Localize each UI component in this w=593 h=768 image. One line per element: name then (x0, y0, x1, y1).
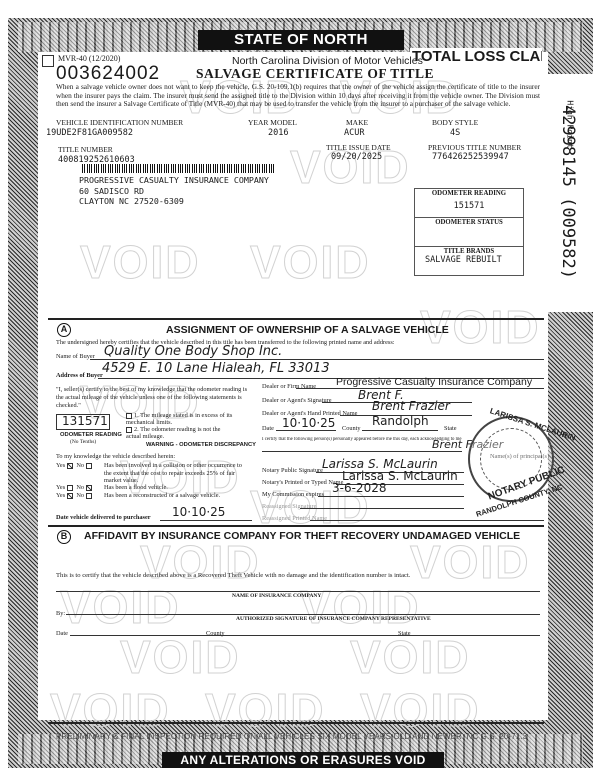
odometer-entry-sublabel: (No Tenths) (70, 439, 96, 445)
date-label: Date (262, 425, 274, 432)
county-line (362, 430, 438, 431)
odometer-panel: ODOMETER READING 151571 ODOMETER STATUS … (414, 188, 524, 276)
county-label: County (342, 425, 361, 432)
odometer-reading-label: ODOMETER READING (415, 190, 523, 197)
year-value: 2016 (268, 128, 288, 138)
commission-label: My Commission expires (262, 491, 324, 498)
vin-value: 19UDE2F81GA009582 (46, 128, 133, 138)
no-label: No (76, 484, 84, 491)
buyer-name-value[interactable]: Quality One Body Shop Inc. (104, 344, 282, 359)
q3-row: Yes No (56, 492, 94, 499)
previous-title-value: 776426252539947 (432, 152, 509, 162)
by-label: By: (56, 610, 65, 617)
previous-title-label: PREVIOUS TITLE NUMBER (428, 143, 521, 152)
title-brands-cell: TITLE BRANDS SALVAGE REBUILT (415, 247, 523, 276)
body-style-value: 4S (450, 128, 460, 138)
delivered-date[interactable]: 10·10·25 (172, 505, 225, 519)
owner-street: 60 SADISCO RD (79, 186, 144, 196)
title-number-label: TITLE NUMBER (58, 145, 113, 154)
date-line (276, 430, 336, 431)
q1-text: Has been involved in a collision or othe… (104, 462, 244, 485)
reassign-print-line (310, 520, 544, 521)
body-style-label: BODY STYLE (432, 118, 478, 127)
footer-divider (48, 722, 544, 724)
year-label: YEAR MODEL (248, 118, 297, 127)
q3-text: Has been a reconstructed or a salvage ve… (104, 492, 220, 499)
buyer-name-line (90, 359, 544, 360)
option-2-checkbox[interactable] (126, 427, 132, 433)
owner-block: PROGRESSIVE CASUALTY INSURANCE COMPANY 6… (79, 175, 269, 207)
section-a-badge: A (57, 323, 71, 337)
buyer-name-label: Name of Buyer (56, 353, 95, 360)
odometer-reading-cell: ODOMETER READING 151571 (415, 189, 523, 218)
county-value[interactable]: Randolph (372, 414, 429, 428)
make-label: MAKE (346, 118, 368, 127)
q2-row: Yes No (56, 484, 94, 491)
odometer-reading-value: 151571 (415, 201, 523, 211)
section-b-date-label: Date (56, 630, 68, 637)
q1-yes-checkbox[interactable] (67, 463, 73, 469)
agent-print-value[interactable]: Brent Frazier (372, 399, 450, 413)
section-b-title: AFFIDAVIT BY INSURANCE COMPANY FOR THEFT… (84, 530, 520, 542)
issue-date-value: 09/20/2025 (331, 152, 382, 162)
form-id: MVR-40 (12/2020) (58, 54, 120, 63)
representative-label: AUTHORIZED SIGNATURE OF INSURANCE COMPAN… (236, 616, 431, 622)
q1-no-checkbox[interactable] (86, 463, 92, 469)
inspection-notice: PRELIMINARY & FINAL INSPECTION REQUIRED … (56, 732, 527, 741)
document-title: SALVAGE CERTIFICATE OF TITLE (196, 66, 434, 82)
odometer-entry-value: 131571 (62, 414, 108, 428)
insurer-line[interactable] (56, 591, 540, 592)
knowledge-intro: To my knowledge the vehicle described he… (56, 453, 175, 460)
q3-yes-checkbox[interactable] (67, 493, 73, 499)
delivered-label: Date vehicle delivered to purchaser (56, 514, 151, 521)
buyer-address-value[interactable]: 4529 E. 10 Lane Hialeah, FL 33013 (102, 361, 330, 376)
reassign-signature-line (300, 508, 464, 509)
corner-marker-icon (42, 55, 54, 67)
state-label: State (444, 425, 457, 432)
issue-date-label: TITLE ISSUE DATE (326, 143, 391, 152)
title-brands-label: TITLE BRANDS (415, 248, 523, 255)
q2-no-checkbox[interactable] (86, 485, 92, 491)
option-2-label: 2. The odometer reading is not the actua… (126, 426, 220, 440)
vin-label: VEHICLE IDENTIFICATION NUMBER (56, 118, 183, 127)
odometer-warning: WARNING - ODOMETER DISCREPANCY (146, 442, 256, 448)
notary-signature-label: Notary Public Signature (262, 467, 323, 474)
odometer-certification: "I, seller(s) certify to the best of my … (56, 386, 256, 410)
section-b-statement: This is to certify that the vehicle desc… (56, 572, 410, 579)
q2-text: Has been a flood vehicle. (104, 484, 168, 491)
date-value[interactable]: 10·10·25 (282, 416, 335, 430)
odometer-entry-label: ODOMETER READING (60, 432, 122, 438)
no-label: No (76, 492, 84, 499)
option-1-label: 1. The mileage stated is in excess of it… (126, 412, 232, 426)
alterations-warning-banner: ANY ALTERATIONS OR ERASURES VOID TITLE (162, 752, 444, 768)
title-brands-value: SALVAGE REBUILT (425, 255, 523, 265)
section-a-title: ASSIGNMENT OF OWNERSHIP OF A SALVAGE VEH… (166, 324, 449, 336)
state-banner: STATE OF NORTH CAROLINA (198, 30, 404, 50)
option-1-checkbox[interactable] (126, 413, 132, 419)
commission-line (318, 496, 464, 497)
q1-yes: Yes No (56, 462, 94, 469)
yes-label: Yes (56, 484, 65, 491)
yes-label: Yes (56, 462, 65, 469)
commission-value[interactable]: 3-6-2028 (332, 481, 386, 495)
delivered-line (160, 520, 252, 521)
buyer-address-label: Address of Buyer (56, 372, 103, 379)
odometer-status-cell: ODOMETER STATUS (415, 218, 523, 247)
side-stamp-location: High Point (566, 95, 575, 155)
dealer-line (296, 388, 544, 389)
date-county-state-line[interactable] (70, 635, 540, 636)
odometer-status-label: ODOMETER STATUS (415, 219, 523, 226)
representative-line[interactable] (66, 614, 540, 615)
make-value: ACUR (344, 128, 364, 138)
insurer-label: NAME OF INSURANCE COMPANY (232, 593, 321, 599)
q3-no-checkbox[interactable] (86, 493, 92, 499)
owner-name: PROGRESSIVE CASUALTY INSURANCE COMPANY (79, 175, 269, 185)
q2-yes-checkbox[interactable] (67, 485, 73, 491)
total-loss-stamp: TOTAL LOSS CLAIM (410, 48, 542, 65)
yes-label: Yes (56, 492, 65, 499)
odometer-option-2: 2. The odometer reading is not the actua… (126, 426, 234, 440)
section-divider (48, 318, 544, 320)
principal-line (262, 451, 462, 452)
dealer-value[interactable]: Progressive Casualty Insurance Company (336, 376, 532, 388)
no-label: No (76, 462, 84, 469)
section-divider (48, 525, 544, 527)
section-b-badge: B (57, 530, 71, 544)
owner-city: CLAYTON NC 27520-6309 (79, 196, 184, 206)
intro-text: When a salvage vehicle owner does not wa… (56, 83, 540, 109)
barcode (82, 164, 274, 173)
odometer-option-1: 1. The mileage stated is in excess of it… (126, 412, 234, 426)
